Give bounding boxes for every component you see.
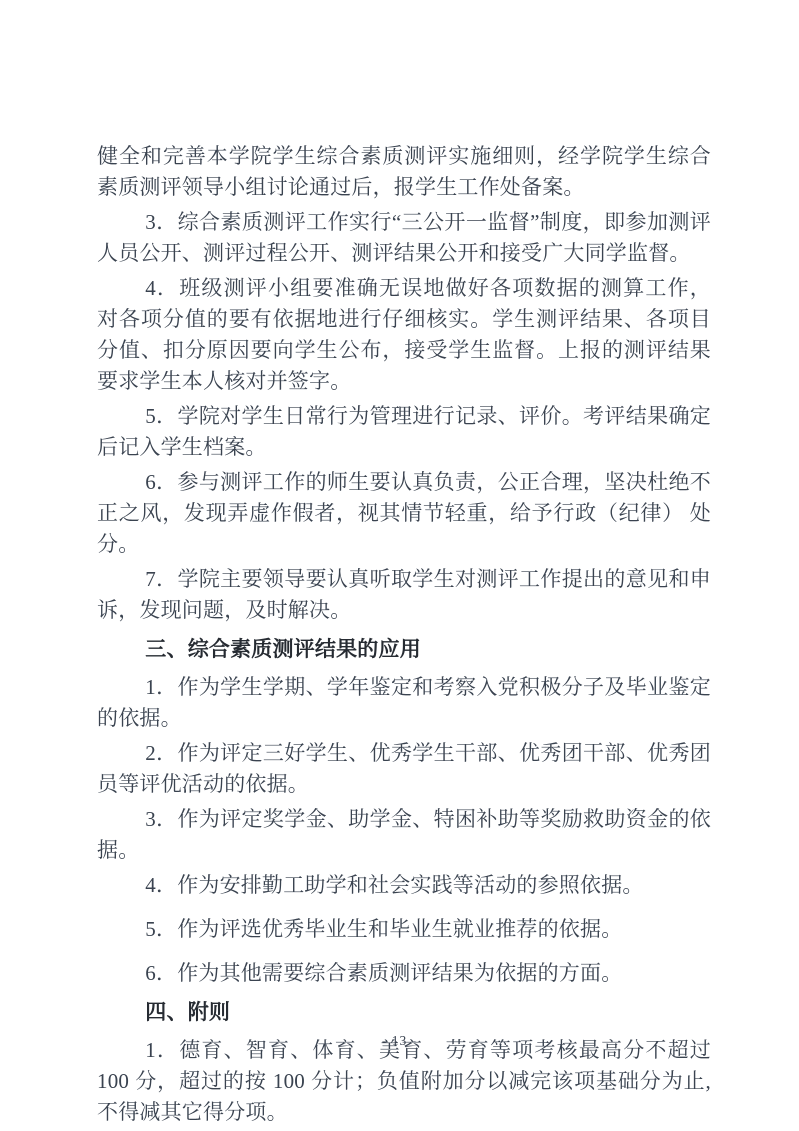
section-heading-appendix: 四、附则	[97, 997, 711, 1028]
paragraph-application-3: 3．作为评定奖学金、助学金、特困补助等奖励救助资金的依据。	[97, 804, 711, 866]
paragraph-application-6: 6．作为其他需要综合素质测评结果为依据的方面。	[97, 958, 711, 989]
paragraph-application-4: 4．作为安排勤工助学和社会实践等活动的参照依据。	[97, 870, 711, 901]
paragraph-application-2: 2．作为评定三好学生、优秀学生干部、优秀团干部、优秀团员等评优活动的依据。	[97, 738, 711, 800]
page-body-text: 健全和完善本学院学生综合素质测评实施细则，经学院学生综合素质测评领导小组讨论通过…	[0, 0, 799, 1128]
page-number: - 13 -	[0, 1033, 799, 1049]
paragraph-application-5: 5．作为评选优秀毕业生和毕业生就业推荐的依据。	[97, 914, 711, 945]
paragraph-item-7: 7．学院主要领导要认真听取学生对测评工作提出的意见和申诉，发现问题，及时解决。	[97, 564, 711, 626]
paragraph-continuation: 健全和完善本学院学生综合素质测评实施细则，经学院学生综合素质测评领导小组讨论通过…	[97, 141, 711, 203]
paragraph-item-5: 5．学院对学生日常行为管理进行记录、评价。考评结果确定后记入学生档案。	[97, 401, 711, 463]
section-heading-application: 三、综合素质测评结果的应用	[97, 634, 711, 665]
document-page: 健全和完善本学院学生综合素质测评实施细则，经学院学生综合素质测评领导小组讨论通过…	[0, 0, 799, 1131]
paragraph-item-6: 6．参与测评工作的师生要认真负责，公正合理，坚决杜绝不正之风，发现弄虚作假者，视…	[97, 467, 711, 560]
paragraph-item-4: 4．班级测评小组要准确无误地做好各项数据的测算工作， 对各项分值的要有依据地进行…	[97, 273, 711, 397]
paragraph-item-3: 3．综合素质测评工作实行“三公开一监督”制度，即参加测评人员公开、测评过程公开、…	[97, 207, 711, 269]
paragraph-application-1: 1．作为学生学期、学年鉴定和考察入党积极分子及毕业鉴定的依据。	[97, 672, 711, 734]
